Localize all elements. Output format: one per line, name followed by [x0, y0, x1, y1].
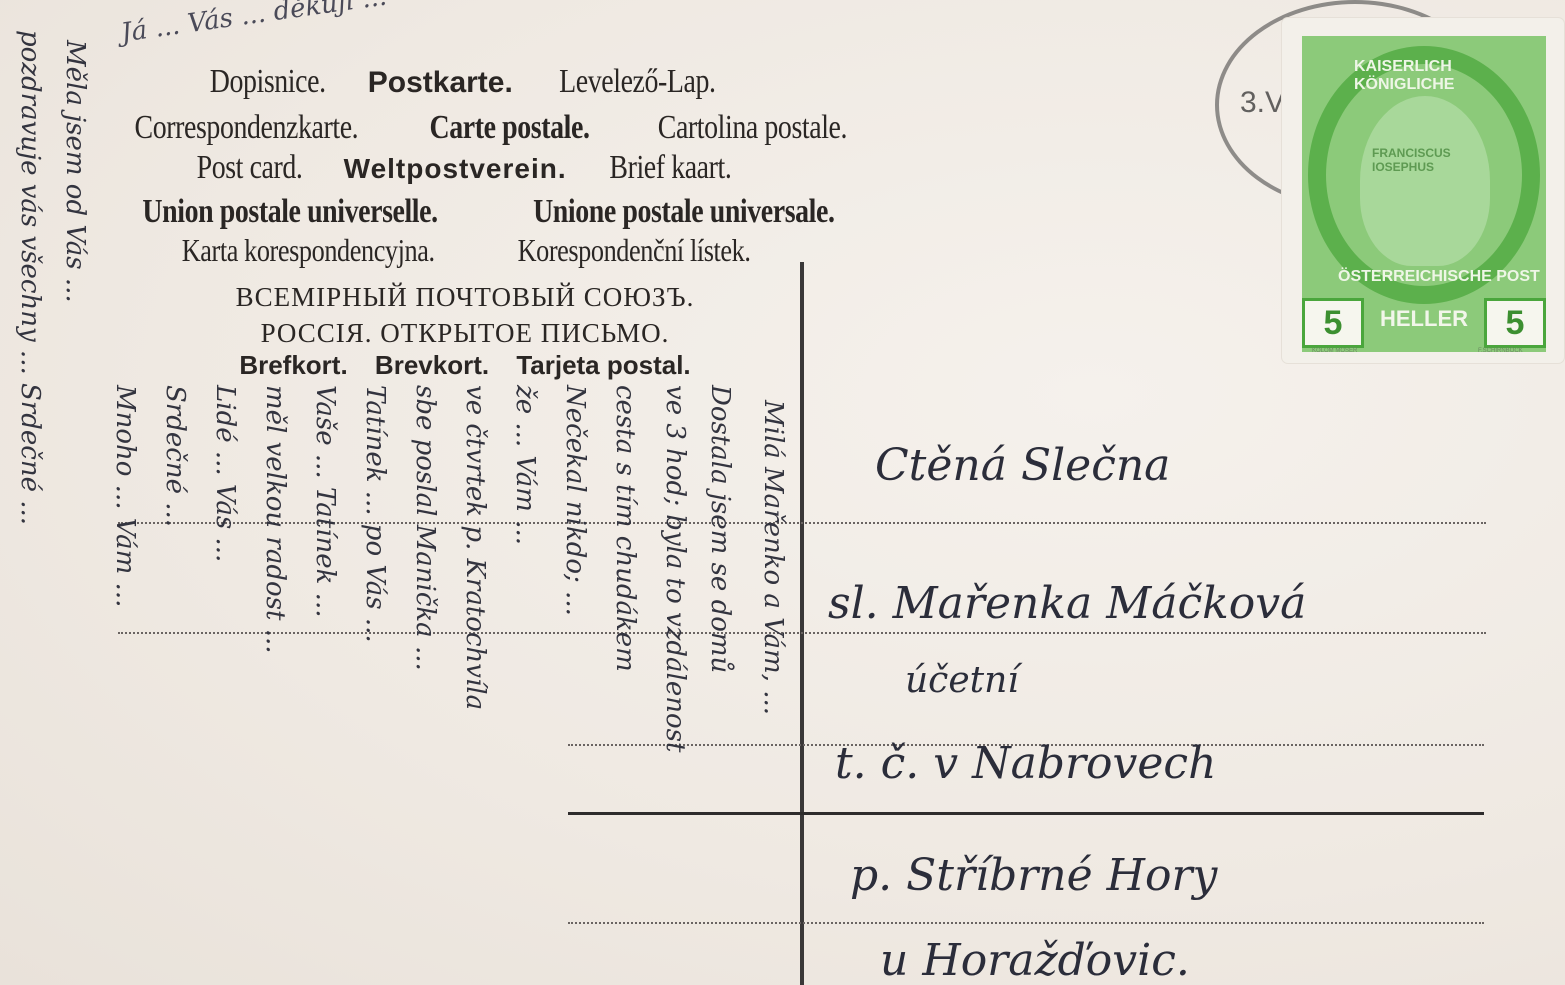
- address-location: t. č. v Nabrovech: [835, 738, 1216, 789]
- message-column-1: Milá Mařenko a Vám, ...: [758, 400, 788, 715]
- message-column-8: sbe poslal Manička ...: [410, 385, 440, 671]
- message-top-scribble: Já ... Vás ... děkuji ...: [119, 0, 388, 48]
- header-karta-korespondencyjna: Karta korespondencyjna.: [182, 232, 435, 269]
- stamp-portrait-text: FRANCISCUS IOSEPHUS: [1372, 146, 1432, 174]
- message-column-16: pozdravuje vás všechny ... Srdečné ...: [15, 30, 45, 525]
- message-column-12: Lidé ... Vás ...: [210, 385, 240, 562]
- address-occupation: účetní: [905, 660, 1019, 701]
- header-rossiya: РОССІЯ. ОТКРЫТОЕ ПИСЬМО.: [261, 318, 670, 349]
- address-recipient: sl. Mařenka Máčková: [828, 578, 1306, 629]
- header-brevkort: Brevkort.: [375, 350, 489, 381]
- header-postkarte: Postkarte.: [368, 66, 513, 100]
- header-korespondencni-listek: Korespondenční lístek.: [517, 232, 750, 269]
- postcard: Dopisnice. Postkarte. Levelező-Lap. Corr…: [0, 0, 1565, 985]
- header-line-3: Post card. Weltpostverein. Brief kaart.: [100, 148, 830, 187]
- message-column-7: ve čtvrtek p. Kratochvíla: [460, 385, 490, 710]
- address-line-4: [568, 922, 1484, 924]
- message-column-4: cesta s tím chudákem: [610, 385, 640, 672]
- address-post-office: p. Stříbrné Hory: [850, 850, 1217, 901]
- message-column-14: Mnoho ... Vám ...: [110, 385, 140, 607]
- header-brefkort: Brefkort.: [239, 350, 347, 381]
- stamp-portrait-icon: [1360, 96, 1490, 266]
- message-column-13: Srdečné ...: [160, 385, 190, 527]
- header-line-7: РОССІЯ. ОТКРЫТОЕ ПИСЬМО.: [100, 318, 830, 349]
- stamp-designer-left: KOLOM MOSER: [1312, 348, 1357, 354]
- address-region: u Horažďovic.: [880, 935, 1190, 985]
- message-column-3: ve 3 hod; byla to vzdálenost: [660, 385, 690, 752]
- stamp-bottom-text: ÖSTERREICHISCHE POST: [1338, 268, 1540, 286]
- header-line-5: Karta korespondencyjna. Korespondenční l…: [100, 232, 830, 269]
- header-union-postale: Union postale universelle.: [142, 193, 437, 231]
- divider-vertical: [800, 262, 804, 985]
- message-column-15: Měla jsem od Vás ...: [60, 40, 90, 303]
- header-carte-postale: Carte postale.: [430, 109, 590, 147]
- header-post-card: Post card.: [197, 149, 303, 187]
- header-line-6: ВСЕМІРНЫЙ ПОЧТОВЫЙ СОЮЗЪ.: [100, 282, 830, 313]
- address-line-2: [118, 632, 1486, 634]
- header-line-2: Correspondenzkarte. Carte postale. Carto…: [100, 108, 830, 147]
- postage-stamp: KAISERLICH KÖNIGLICHE ÖSTERREICHISCHE PO…: [1282, 18, 1564, 363]
- header-line-8: Brefkort. Brevkort. Tarjeta postal.: [100, 350, 830, 381]
- stamp-face: KAISERLICH KÖNIGLICHE ÖSTERREICHISCHE PO…: [1302, 36, 1546, 352]
- message-column-11: měl velkou radost ...: [260, 385, 290, 654]
- message-column-9: Tatínek ... po Vás ...: [360, 385, 390, 643]
- header-levelezo: Levelező-Lap.: [559, 63, 715, 101]
- stamp-value-left: 5: [1302, 298, 1364, 348]
- address-salutation: Ctěná Slečna: [875, 440, 1170, 491]
- address-rule: [568, 812, 1484, 815]
- header-line-4: Union postale universelle. Unione postal…: [100, 192, 830, 231]
- stamp-top-text: KAISERLICH KÖNIGLICHE: [1354, 58, 1546, 94]
- stamp-value-right: 5: [1484, 298, 1546, 348]
- message-column-5: Nečekal nikdo; ...: [560, 385, 590, 616]
- message-column-10: Vaše ... Tatínek ...: [310, 385, 340, 617]
- header-tarjeta-postal: Tarjeta postal.: [516, 350, 690, 381]
- header-cartolina-postale: Cartolina postale.: [658, 109, 847, 147]
- header-unione-postale: Unione postale universale.: [533, 193, 834, 231]
- header-line-1: Dopisnice. Postkarte. Levelező-Lap.: [100, 62, 830, 101]
- header-vsemirny: ВСЕМІРНЫЙ ПОЧТОВЫЙ СОЮЗЪ.: [236, 282, 695, 313]
- header-weltpostverein: Weltpostverein.: [344, 153, 567, 185]
- message-column-6: že ... Vám ...: [510, 385, 540, 545]
- message-column-2: Dostala jsem se domů: [705, 385, 735, 673]
- header-correspondenzkarte: Correspondenzkarte.: [135, 109, 359, 147]
- stamp-designer-right: F.SCHIRNBÖCK: [1478, 348, 1523, 354]
- stamp-denomination: HELLER: [1374, 306, 1474, 332]
- header-dopisnice: Dopisnice.: [210, 63, 326, 101]
- header-briefkaart: Brief kaart.: [609, 149, 731, 187]
